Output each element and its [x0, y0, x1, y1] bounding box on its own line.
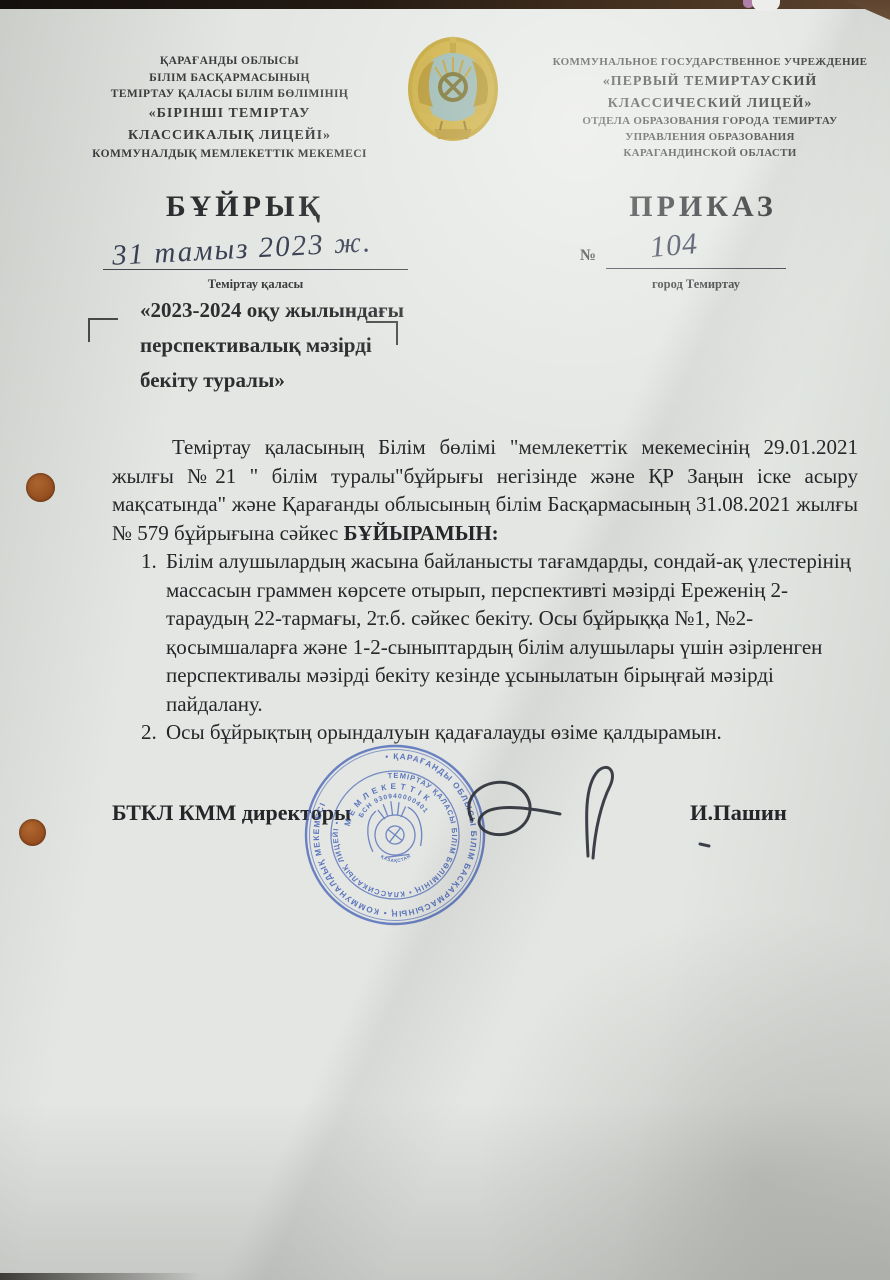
letterhead-line: КОММУНАЛЬНОЕ ГОСУДАРСТВЕННОЕ УЧРЕЖДЕНИЕ — [540, 55, 880, 71]
number-sign: № — [580, 247, 596, 265]
order-item-1: Білім алушылардың жасына байланысты таға… — [162, 547, 858, 718]
preamble-paragraph: Теміртау қаласының Білім бөлімі "мемлеке… — [112, 433, 858, 547]
subject-line: бекіту туралы» — [140, 363, 440, 398]
kazakhstan-coat-of-arms — [406, 33, 500, 145]
letterhead-line: «ПЕРВЫЙ ТЕМИРТАУСКИЙ — [540, 71, 880, 93]
letterhead-line: ТЕМІРТАУ ҚАЛАСЫ БІЛІМ БӨЛІМІНІҢ — [62, 86, 397, 103]
letterhead-line: КОММУНАЛДЫҚ МЕМЛЕКЕТТІК МЕКЕМЕСІ — [62, 146, 397, 163]
hole-punch-top — [26, 473, 55, 502]
order-title-kazakh: БҰЙРЫҚ — [130, 190, 360, 224]
place-kazakh: Теміртау қаласы — [103, 277, 408, 292]
letterhead-line: ҚАРАҒАНДЫ ОБЛЫСЫ — [62, 53, 397, 70]
paper-edge-object — [752, 0, 780, 11]
order-body: Теміртау қаласының Білім бөлімі "мемлеке… — [112, 433, 858, 747]
order-subject: «2023-2024 оқу жылындағы перспективалық … — [140, 293, 440, 398]
handwritten-order-number: 104 — [649, 227, 700, 265]
order-item-2: Осы бұйрықтың орындалуын қадағалауды өзі… — [162, 718, 858, 747]
corner-mark-left — [88, 318, 118, 342]
place-russian: город Темиртау — [606, 277, 786, 292]
corner-mark-right — [366, 321, 398, 345]
letterhead-line: БІЛІМ БАСҚАРМАСЫНЫҢ — [62, 70, 397, 87]
letterhead-russian: КОММУНАЛЬНОЕ ГОСУДАРСТВЕННОЕ УЧРЕЖДЕНИЕ … — [540, 55, 880, 162]
resolution-word: БҰЙЫРАМЫН: — [344, 521, 499, 545]
letterhead-kazakh: ҚАРАҒАНДЫ ОБЛЫСЫ БІЛІМ БАСҚАРМАСЫНЫҢ ТЕМ… — [62, 53, 397, 163]
order-title-russian: ПРИКАЗ — [588, 190, 818, 224]
letterhead-line: КАРАГАНДИНСКОЙ ОБЛАСТИ — [540, 146, 880, 162]
letterhead-line: КЛАССИЧЕСКИЙ ЛИЦЕЙ» — [540, 93, 880, 115]
letterhead-line: ОТДЕЛА ОБРАЗОВАНИЯ ГОРОДА ТЕМИРТАУ — [540, 114, 880, 130]
handwritten-signature — [438, 758, 728, 873]
letterhead-line: УПРАВЛЕНИЯ ОБРАЗОВАНИЯ — [540, 130, 880, 146]
hole-punch-bottom — [19, 819, 46, 846]
order-items: Білім алушылардың жасына байланысты таға… — [112, 547, 858, 747]
letterhead-line: КЛАССИКАЛЫҚ ЛИЦЕЙІ» — [62, 125, 397, 147]
letterhead-line: «БІРІНШІ ТЕМІРТАУ — [62, 103, 397, 125]
scanned-order-document: ҚАРАҒАНДЫ ОБЛЫСЫ БІЛІМ БАСҚАРМАСЫНЫҢ ТЕМ… — [0, 0, 890, 1280]
photo-bottom-edge — [0, 1273, 200, 1280]
